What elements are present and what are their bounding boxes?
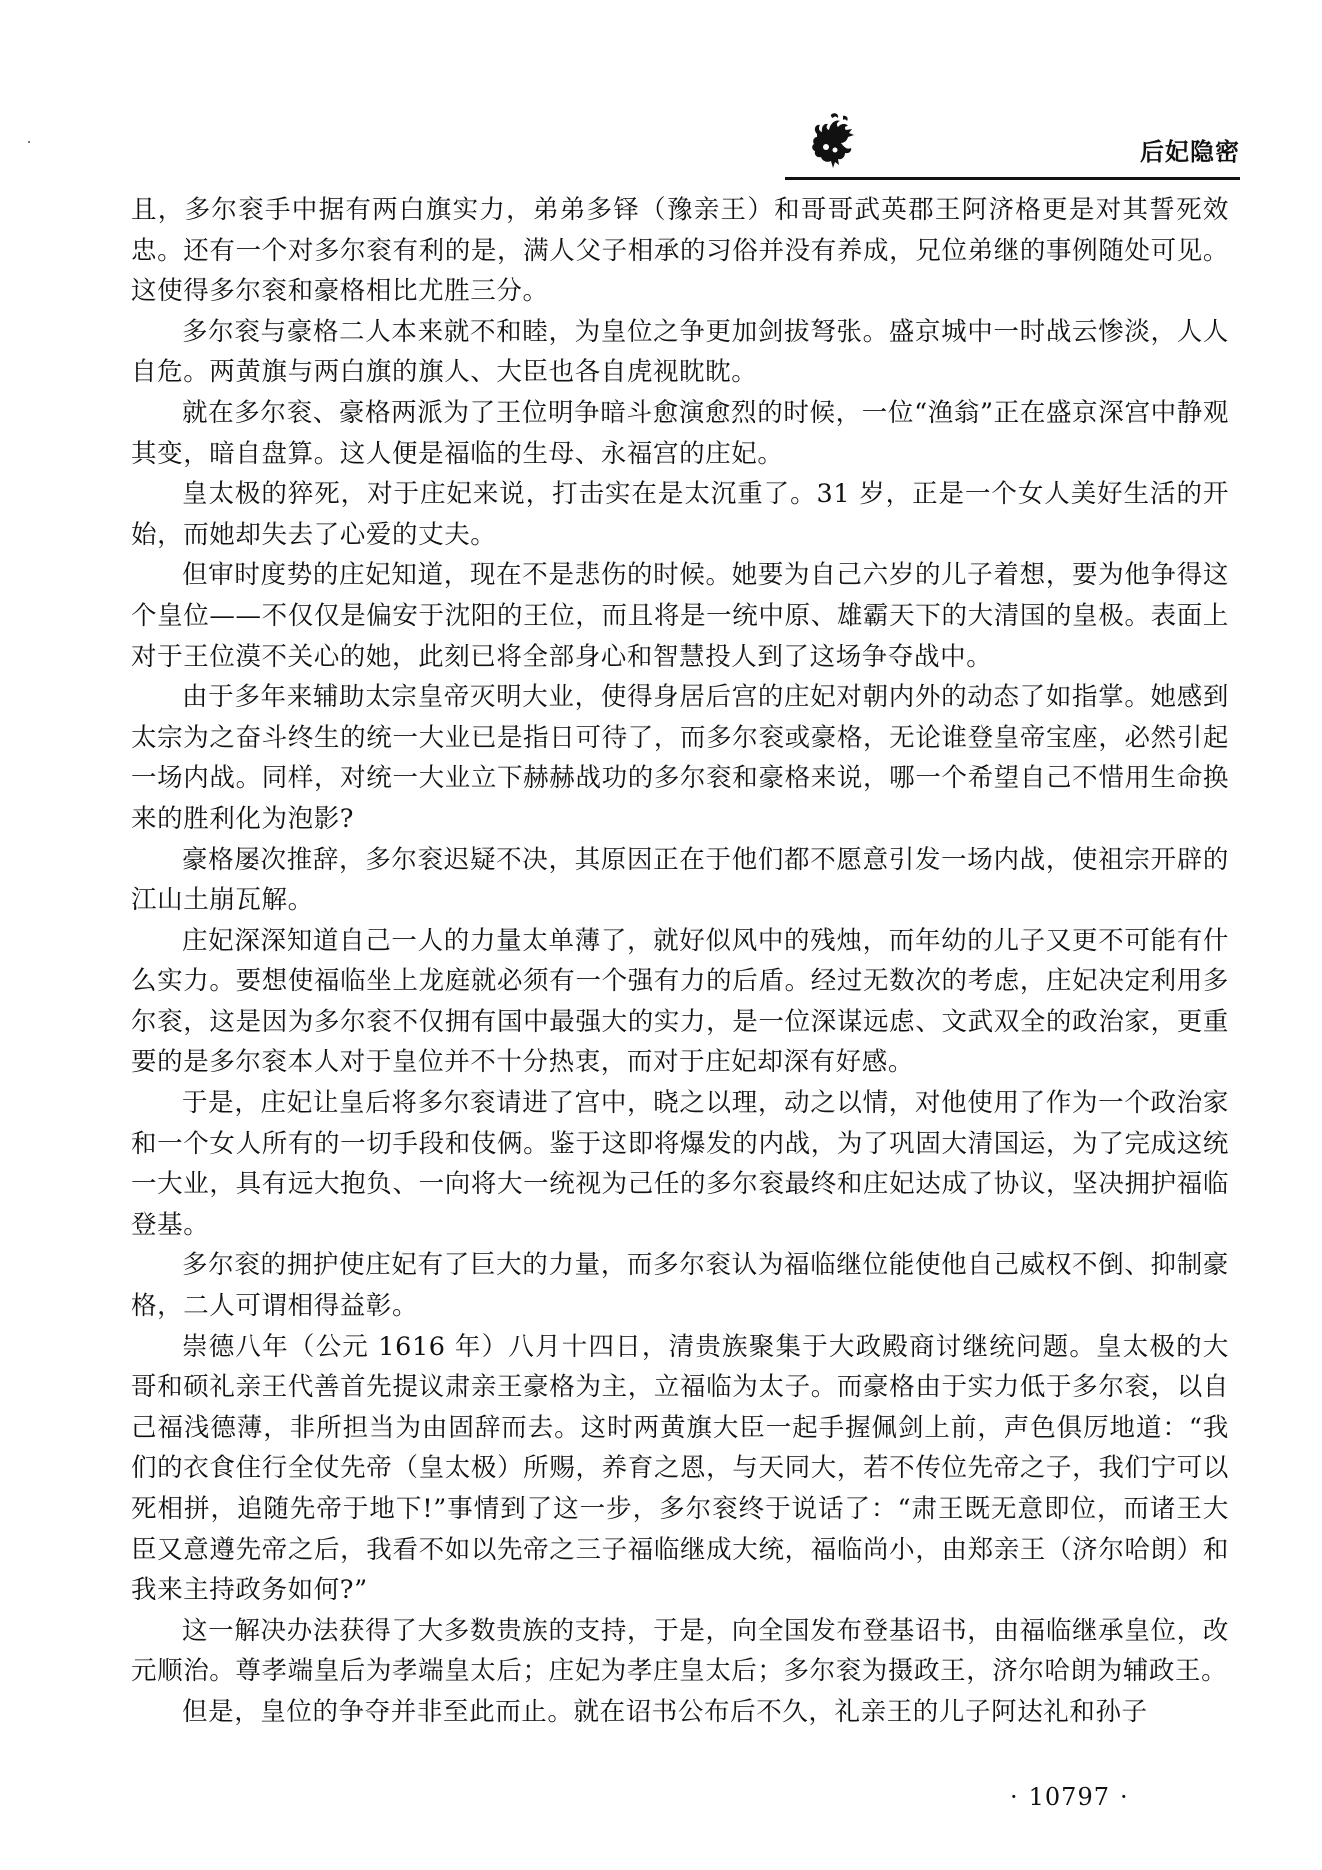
paragraph: 豪格屡次推辞，多尔衮迟疑不决，其原因正在于他们都不愿意引发一场内战，使祖宗开辟的… [131, 840, 1229, 921]
paragraph: 这一解决办法获得了大多数贵族的支持，于是，向全国发布登基诏书，由福临继承皇位，改… [131, 1611, 1229, 1692]
paragraph: 就在多尔衮、豪格两派为了王位明争暗斗愈演愈烈的时候，一位“渔翁”正在盛京深宫中静… [131, 393, 1229, 474]
paragraph: 多尔衮与豪格二人本来就不和睦，为皇位之争更加剑拔弩张。盛京城中一时战云惨淡，人人… [131, 312, 1229, 393]
book-page: 后妃隐密 且，多尔衮手中据有两白旗实力，弟弟多铎（豫亲王）和哥哥武英郡王阿济格更… [0, 0, 1322, 1870]
running-title: 后妃隐密 [1140, 132, 1240, 167]
folio-dot-left: · [1000, 1783, 1029, 1811]
paragraph: 皇太极的猝死，对于庄妃来说，打击实在是太沉重了。31 岁，正是一个女人美好生活的… [131, 474, 1229, 555]
dragon-emblem-icon [807, 110, 859, 172]
paragraph: 庄妃深深知道自己一人的力量太单薄了，就好似风中的残烛，而年幼的儿子又更不可能有什… [131, 921, 1229, 1083]
paragraph: 多尔衮的拥护使庄妃有了巨大的力量，而多尔衮认为福临继位能使他自己威权不倒、抑制豪… [131, 1245, 1229, 1326]
paragraph: 且，多尔衮手中据有两白旗实力，弟弟多铎（豫亲王）和哥哥武英郡王阿济格更是对其誓死… [131, 190, 1229, 312]
running-header: 后妃隐密 [785, 102, 1240, 180]
paragraph: 于是，庄妃让皇后将多尔衮请进了宫中，晓之以理，动之以情，对他使用了作为一个政治家… [131, 1083, 1229, 1245]
paragraph: 由于多年来辅助太宗皇帝灭明大业，使得身居后宫的庄妃对朝内外的动态了如指掌。她感到… [131, 677, 1229, 839]
paragraph: 崇德八年（公元 1616 年）八月十四日，清贵族聚集于大政殿商讨继统问题。皇太极… [131, 1327, 1229, 1611]
folio-dot-right: · [1110, 1783, 1139, 1811]
body-text: 且，多尔衮手中据有两白旗实力，弟弟多铎（豫亲王）和哥哥武英郡王阿济格更是对其誓死… [131, 190, 1229, 1733]
paragraph: 但是，皇位的争夺并非至此而止。就在诏书公布后不久，礼亲王的儿子阿达礼和孙子 [131, 1692, 1229, 1733]
scan-speck [28, 141, 30, 143]
header-rule [785, 177, 1240, 180]
page-number-value: 10797 [1029, 1783, 1110, 1811]
page-number: ·10797· [1000, 1783, 1139, 1811]
paragraph: 但审时度势的庄妃知道，现在不是悲伤的时候。她要为自己六岁的儿子着想，要为他争得这… [131, 555, 1229, 677]
